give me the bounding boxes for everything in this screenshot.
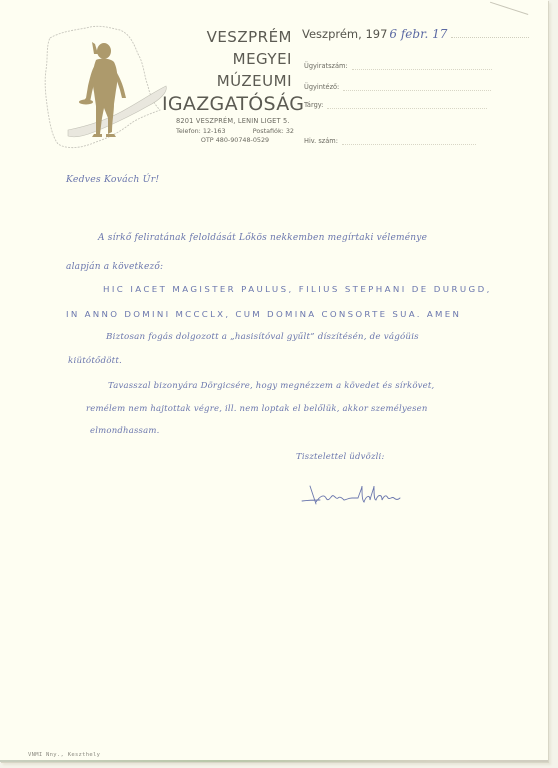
paragraph-3-line-1: Tavasszal bizonyára Dörgicsére, hogy meg…: [108, 381, 434, 391]
street-address: 8201 VESZPRÉM, LENIN LIGET 5.: [176, 117, 294, 127]
paragraph-3-line-3: elmondhassam.: [90, 426, 160, 436]
closing: Tisztelettel üdvözli:: [296, 452, 385, 462]
field-label: Ügyiratszám:: [304, 62, 348, 70]
date-prefix: Veszprém, 197: [302, 27, 387, 41]
field-case-number: Ügyiratszám:: [304, 62, 492, 70]
otp-number: 480-90748-0529: [216, 136, 269, 144]
otp-label: OTP: [201, 136, 214, 144]
field-dotted-line: [327, 107, 487, 109]
pobox-label: Postafiók:: [253, 127, 284, 135]
field-reference-number: Hiv. szám:: [304, 137, 476, 145]
phone: Telefon: 12-163: [176, 127, 226, 137]
paragraph-2-line-2: kiütótődött.: [68, 356, 122, 366]
paragraph-2-line-1: Biztosan fogás dolgozott a „hasisítóval …: [106, 332, 419, 342]
field-subject: Tárgy:: [304, 101, 487, 109]
field-label: Tárgy:: [304, 101, 323, 109]
museum-logo-icon: [38, 20, 173, 152]
field-dotted-line: [342, 143, 476, 145]
field-administrator: Ügyintéző:: [304, 83, 491, 91]
pobox-number: 32: [286, 127, 294, 135]
signature-icon: [300, 482, 406, 510]
date-line: Veszprém, 1976 febr. 17: [302, 27, 529, 41]
letter-page: VESZPRÉM MEGYEI MÚZEUMI IGAZGATÓSÁG 8201…: [0, 0, 548, 762]
org-line-2: MEGYEI: [162, 48, 292, 70]
paragraph-1-line-2: alapján a következő:: [66, 262, 163, 272]
org-line-1: VESZPRÉM: [162, 26, 292, 48]
date-handwritten: 6 febr. 17: [389, 27, 447, 41]
field-label: Hiv. szám:: [304, 137, 338, 145]
field-dotted-line: [343, 89, 491, 91]
inscription-line-2: IN ANNO DOMINI MCCCLX, CUM DOMINA CONSOR…: [66, 310, 461, 319]
pobox: Postafiók: 32: [253, 127, 294, 137]
phone-label: Telefon:: [176, 127, 201, 135]
bank-account: OTP 480-90748-0529: [176, 136, 294, 146]
salutation: Kedves Kovách Úr!: [66, 174, 159, 185]
field-label: Ügyintéző:: [304, 83, 339, 91]
paragraph-3-line-2: remélem nem hajtottak végre, ill. nem lo…: [86, 404, 428, 414]
phone-number: 12-163: [203, 127, 226, 135]
organization-name: VESZPRÉM MEGYEI MÚZEUMI IGAZGATÓSÁG: [162, 26, 292, 116]
org-line-3: MÚZEUMI: [162, 70, 292, 92]
field-dotted-line: [352, 68, 492, 70]
inscription-line-1: HIC IACET MAGISTER PAULUS, FILIUS STEPHA…: [103, 285, 492, 294]
paper-fold-mark: [490, 0, 533, 15]
paragraph-1-line-1: A sírkő feliratának feloldását Lőkös nek…: [98, 233, 427, 243]
org-line-4: IGAZGATÓSÁG: [162, 92, 290, 116]
date-dotted-line: [451, 37, 529, 38]
org-address-block: 8201 VESZPRÉM, LENIN LIGET 5. Telefon: 1…: [176, 117, 294, 146]
printer-imprint: VNMI Nny., Keszthely: [28, 752, 100, 758]
